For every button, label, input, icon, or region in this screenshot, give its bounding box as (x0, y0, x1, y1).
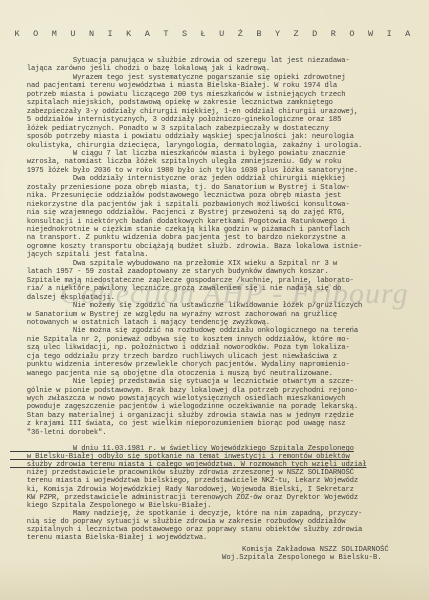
text-line: W ciągu 7 lat liczba mieszkańców miasta … (10, 150, 345, 158)
document-title: K O M U N I K A T S Ł U Ż B Y Z D R O W … (0, 29, 429, 39)
text-line: "36-letni dorobek". (10, 429, 106, 437)
text-line: szpitalach miejskich, podstawową opiekę … (10, 99, 333, 107)
text-line: gólnie w pionie podstawowym. Brak bazy l… (10, 387, 358, 395)
signature-line-1: Komisja Zakładowa NSZZ SOLIDARNOŚĆ (242, 546, 389, 554)
text-line: ria/ a niektóre pawilony lecznicze grożą… (10, 285, 341, 293)
text-line: jących szpitali jest fatalna. (10, 251, 148, 259)
meeting-text-line: Mamy nadzieję, że spotkanie i decyzje, k… (10, 510, 362, 518)
meeting-text-line: W dniu 11.03.1981 r. w świetlicy Wojewód… (10, 445, 354, 453)
text-line: nika. Przesunięcie oddziałów podstawoweg… (10, 192, 341, 200)
meeting-text-line: ki, Komisja Zdrowia Wojewódzkiej Rady Na… (10, 486, 354, 494)
text-line: powoduje zagęszczenie pacjentów i wielog… (10, 403, 358, 411)
text-line: nia się wzajemnego oddziałów. Pacjenci z… (10, 209, 345, 217)
meeting-text-line: szpitalnych i lecznictwa podstawowego or… (10, 526, 362, 534)
text-line: Stan bazy materialnej i organizacji służ… (10, 412, 354, 420)
text-line: na transport. Z punktu widzenia dobra pa… (10, 234, 345, 242)
text-line: Nie można się zgodzić na rozbudowę oddzi… (10, 327, 358, 335)
text-line: wanego pacjenta nie są obojętne dla otoc… (10, 370, 333, 378)
text-line: wzrosła, natomiast liczba łóżek szpitaln… (10, 158, 341, 166)
text-line: wych zwłaszcza w nowo powstających wielo… (10, 395, 345, 403)
text-line: łóżek pediatrycznych. Ponadto w 3 szpita… (10, 125, 329, 133)
meeting-text-line: niżej przedstawiciele pracowników służby… (10, 469, 354, 477)
text-line: Nie możemy się zgodzić na ustawiczne lik… (10, 302, 362, 310)
text-line: zabezpieczały 3-y oddziały chirurgii mię… (10, 108, 358, 116)
text-line: notowanych w ostatnich latach i mający t… (10, 319, 270, 327)
text-line: latach 1957 - 59 został zaadoptowany ze … (10, 268, 329, 276)
meeting-text-line: terenu miasta i województwa bielskiego, … (10, 477, 358, 485)
text-line: punktu widzenia interesów przewlekle cho… (10, 361, 350, 369)
meeting-text-line: w Bielsku-Białej odbyło się spotkanie na… (10, 453, 350, 461)
text-line: Wyrazem tego jest systematyczne pogarsza… (10, 74, 345, 82)
text-line: Sytuacja panująca w służbie zdrowia od s… (10, 57, 350, 65)
text-line: 1975 łóżek było 2036 to w roku 1980 było… (10, 167, 358, 175)
meeting-text-line: terenu miasta Bielska-Białej i województ… (10, 534, 207, 542)
text-line: cja tego oddziału przy trzech bardzo ruc… (10, 353, 337, 361)
text-line: szą ulec likwidacji, np. położnictwo i o… (10, 344, 350, 352)
meeting-text-line: KW PZPR, przedstawiciele administracji t… (10, 494, 358, 502)
text-line: 5 oddziałów internistycznych, 3 oddziały… (10, 116, 341, 124)
text-line: Nie lepiej przedstawia się sytuacja w le… (10, 378, 354, 386)
text-line: niekorzystne dla pacjentów jak i szpital… (10, 201, 350, 209)
text-line: zostały przeniesione poza obręb miasta, … (10, 184, 350, 192)
paper-stain (0, 560, 429, 600)
text-line: dalszej eksploatacji. (10, 294, 115, 302)
text-line: Szpitale mają niedostateczne zaplecze go… (10, 277, 354, 285)
text-line: sposób potrzeby miasta i powiatu oddział… (10, 133, 354, 141)
text-line: potrzeb miasta i powiatu liczącego 200 t… (10, 91, 345, 99)
text-line: nie Szpitala nr 2, ponieważ odbywa się t… (10, 336, 350, 344)
text-line: z krajami III świata, co jest wielkim ni… (10, 420, 345, 428)
scanned-page: K O M U N I K A T S Ł U Ż B Y Z D R O W … (0, 0, 429, 600)
text-line: w Sanatorium w Bystrej ze względu na wyr… (10, 311, 337, 319)
text-line: niejednokrotnie w ciężkim stanie czekają… (10, 226, 350, 234)
meeting-text-line: kiego Szpitala Zespolonego w Bielsku-Bia… (10, 502, 211, 510)
text-line: konsultacji i niektórych badań dodatkowy… (10, 218, 345, 226)
text-line: ogromne koszty transportu obciążają budż… (10, 243, 362, 251)
text-line: lająca zarówno jeśli chodzi o bazę lokal… (10, 65, 270, 73)
meeting-text-line: służby zdrowia terenu miasta i całego wo… (10, 461, 366, 469)
text-line: Dwa oddziały internistyczne oraz jeden o… (10, 175, 345, 183)
meeting-text-line: nią się do poprawy sytuacji w służbie zd… (10, 518, 345, 526)
text-line: okulistyka, chirurgia dziecięca, laryngo… (10, 142, 362, 150)
text-line: Dwa szpitale wybudowano na przełomie XIX… (10, 260, 337, 268)
text-line: nad pacjentami terenu województwa i mias… (10, 82, 337, 90)
